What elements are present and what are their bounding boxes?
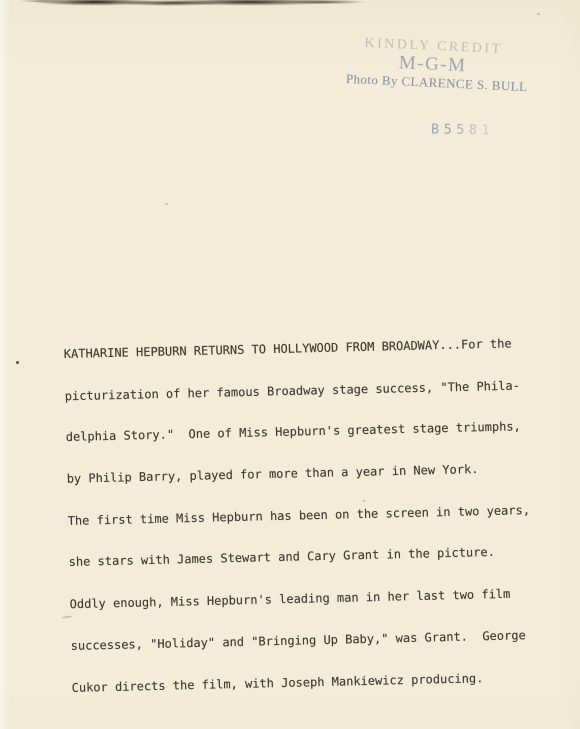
stamp-kindly-credit-text: KINDLY CREDIT <box>347 34 520 59</box>
paper-speck <box>16 361 19 364</box>
caption-line: she stars with James Stewart and Cary Gr… <box>69 545 532 570</box>
paper-speck <box>537 13 540 15</box>
caption-line: KATHARINE HEPBURN RETURNS TO HOLLYWOOD F… <box>64 337 527 362</box>
caption-line: The first time Miss Hepburn has been on … <box>68 504 531 529</box>
caption-line: Oddly enough, Miss Hepburn's leading man… <box>70 587 533 612</box>
paper-speck <box>363 500 365 502</box>
paper-speck <box>62 615 72 618</box>
stamp-studio-text: M-G-M <box>346 51 519 78</box>
typed-caption: KATHARINE HEPBURN RETURNS TO HOLLYWOOD F… <box>63 309 535 723</box>
caption-line: by Philip Barry, played for more than a … <box>67 462 530 487</box>
paper-speck <box>165 203 168 205</box>
caption-line: Cukor directs the film, with Joseph Mank… <box>72 671 535 696</box>
photo-back-paper: KINDLY CREDIT M-G-M Photo By CLARENCE S.… <box>0 0 580 729</box>
photo-top-edge-shadow <box>0 0 380 11</box>
caption-line: successes, "Holiday" and "Bringing Up Ba… <box>71 629 534 654</box>
photo-number-stamp: B5581 <box>431 121 494 138</box>
caption-line: delphia Story." One of Miss Hepburn's gr… <box>66 420 529 445</box>
caption-line: picturization of her famous Broadway sta… <box>65 379 528 404</box>
stamp-photographer-credit-text: Photo By CLARENCE S. BULL <box>346 70 519 95</box>
mgm-credit-stamp: KINDLY CREDIT M-G-M Photo By CLARENCE S.… <box>346 34 520 95</box>
